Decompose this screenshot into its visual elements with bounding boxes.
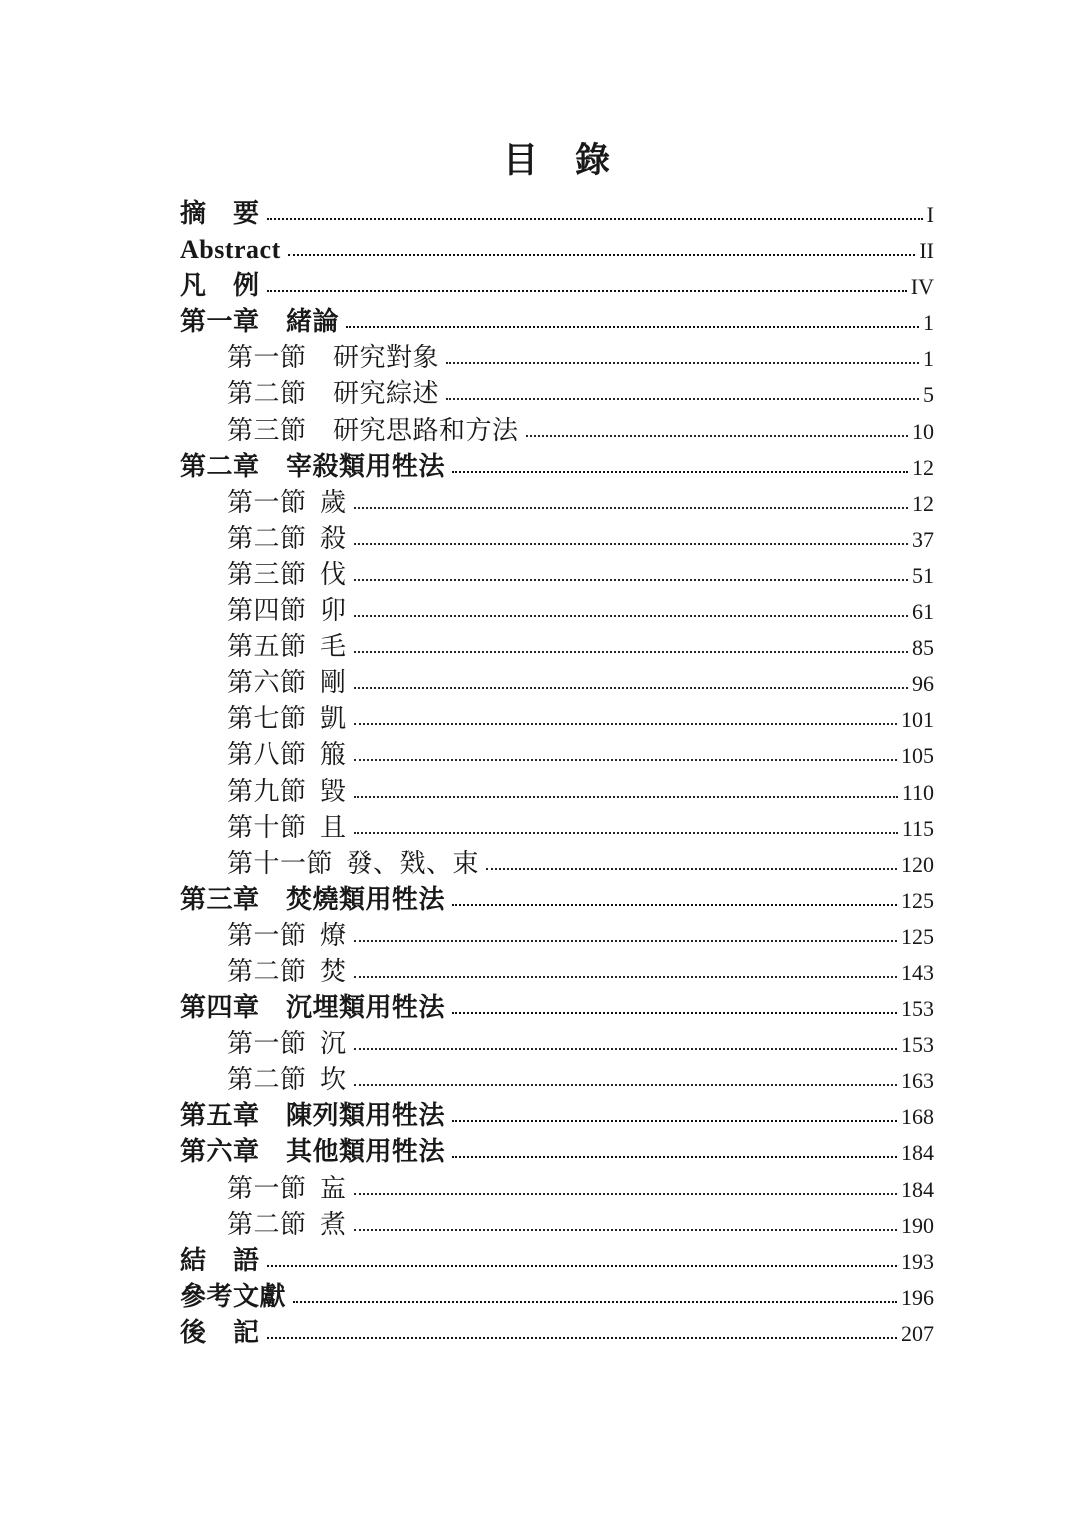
toc-entry-page: 125: [901, 919, 934, 955]
toc-entry-page: 196: [901, 1280, 934, 1316]
toc-entry-chapter[interactable]: 第六章 其他類用牲法184: [180, 1134, 934, 1170]
toc-entry-label: 第二節 煮: [227, 1207, 347, 1243]
toc-entry-label: 第五節 毛: [227, 629, 347, 665]
dot-leader: [452, 1120, 897, 1122]
toc-entry-page: IV: [911, 269, 934, 305]
toc-entry-chapter[interactable]: 結 語193: [180, 1243, 934, 1279]
dot-leader: [354, 796, 898, 798]
toc-entry-label: 第四節 卯: [227, 593, 347, 629]
toc-entry-label: 第十節 且: [227, 810, 347, 846]
toc-entry-page: 37: [912, 522, 934, 558]
dot-leader: [354, 1229, 897, 1231]
toc-entry-label: 參考文獻: [180, 1279, 286, 1315]
toc-entry-page: 96: [912, 666, 934, 702]
toc-entry-section[interactable]: 第一節 歲12: [180, 485, 934, 521]
dot-leader: [354, 1048, 897, 1050]
toc-entry-label: 摘 要: [180, 196, 260, 232]
toc-entry-label: 第二章 宰殺類用牲法: [180, 449, 445, 485]
dot-leader: [354, 651, 908, 653]
toc-entry-section[interactable]: 第十節 且115: [180, 810, 934, 846]
toc-entry-page: 110: [902, 775, 934, 811]
dot-leader: [452, 1156, 897, 1158]
toc-entry-chapter[interactable]: AbstractII: [180, 232, 934, 268]
toc-entry-label: 第二節 坎: [227, 1062, 347, 1098]
toc-entry-label: 第五章 陳列類用牲法: [180, 1098, 445, 1134]
toc-entry-chapter[interactable]: 第一章 緒論1: [180, 304, 934, 340]
toc-entry-label: 第七節 凱: [227, 701, 347, 737]
toc-list: 摘 要IAbstractII凡 例IV第一章 緒論1第一節 研究對象1第二節 研…: [180, 196, 934, 1351]
dot-leader: [288, 254, 916, 256]
dot-leader: [267, 1337, 897, 1339]
toc-entry-section[interactable]: 第九節 毀110: [180, 774, 934, 810]
toc-entry-page: 163: [901, 1063, 934, 1099]
dot-leader: [452, 471, 908, 473]
toc-entry-section[interactable]: 第一節 研究對象1: [180, 340, 934, 376]
toc-entry-label: 第一節 歲: [227, 485, 347, 521]
toc-entry-section[interactable]: 第七節 凱101: [180, 701, 934, 737]
document-page: 目 錄 摘 要IAbstractII凡 例IV第一章 緒論1第一節 研究對象1第…: [0, 0, 1080, 1527]
toc-entry-page: 61: [912, 594, 934, 630]
toc-entry-section[interactable]: 第十一節 發、戣、束120: [180, 846, 934, 882]
toc-entry-section[interactable]: 第二節 坎163: [180, 1062, 934, 1098]
toc-entry-label: 第二節 研究綜述: [227, 376, 439, 412]
dot-leader: [452, 904, 897, 906]
toc-entry-section[interactable]: 第五節 毛85: [180, 629, 934, 665]
toc-entry-section[interactable]: 第六節 剛96: [180, 665, 934, 701]
toc-entry-page: 10: [912, 414, 934, 450]
toc-entry-chapter[interactable]: 凡 例IV: [180, 268, 934, 304]
toc-entry-label: 第一節 衁: [227, 1171, 347, 1207]
toc-entry-label: 第二節 焚: [227, 954, 347, 990]
toc-entry-page: 193: [901, 1244, 934, 1280]
toc-entry-label: 第一節 燎: [227, 918, 347, 954]
toc-entry-page: 12: [912, 486, 934, 522]
toc-entry-section[interactable]: 第三節 研究思路和方法10: [180, 413, 934, 449]
page-title: 目 錄: [180, 140, 934, 182]
dot-leader: [354, 507, 908, 509]
toc-entry-label: 第一節 研究對象: [227, 340, 439, 376]
toc-entry-label: 第十一節 發、戣、束: [227, 846, 479, 882]
dot-leader: [446, 362, 919, 364]
toc-entry-page: 115: [902, 811, 934, 847]
toc-entry-chapter[interactable]: 第三章 焚燒類用牲法125: [180, 882, 934, 918]
toc-entry-label: 第三節 伐: [227, 557, 347, 593]
toc-entry-label: 第八節 箙: [227, 737, 347, 773]
dot-leader: [293, 1301, 897, 1303]
toc-entry-section[interactable]: 第八節 箙105: [180, 737, 934, 773]
dot-leader: [354, 687, 908, 689]
toc-entry-chapter[interactable]: 第四章 沉埋類用牲法153: [180, 990, 934, 1026]
dot-leader: [354, 976, 897, 978]
toc-entry-page: 184: [901, 1135, 934, 1171]
dot-leader: [267, 1265, 897, 1267]
toc-entry-chapter[interactable]: 後 記207: [180, 1315, 934, 1351]
toc-entry-label: 第一章 緒論: [180, 304, 339, 340]
dot-leader: [452, 1012, 897, 1014]
toc-entry-page: 143: [901, 955, 934, 991]
toc-entry-label: 第三章 焚燒類用牲法: [180, 882, 445, 918]
toc-entry-label: 第九節 毀: [227, 774, 347, 810]
dot-leader: [354, 1084, 897, 1086]
toc-entry-page: 153: [901, 991, 934, 1027]
dot-leader: [354, 1193, 897, 1195]
toc-entry-page: 184: [901, 1172, 934, 1208]
toc-entry-page: II: [919, 233, 934, 269]
toc-entry-page: 101: [901, 702, 934, 738]
dot-leader: [267, 290, 907, 292]
toc-entry-label: 第四章 沉埋類用牲法: [180, 990, 445, 1026]
toc-entry-label: 第六節 剛: [227, 665, 347, 701]
dot-leader: [354, 543, 908, 545]
toc-entry-chapter[interactable]: 摘 要I: [180, 196, 934, 232]
dot-leader: [446, 398, 919, 400]
toc-entry-page: 190: [901, 1208, 934, 1244]
toc-entry-label: 第三節 研究思路和方法: [227, 413, 519, 449]
toc-entry-page: 168: [901, 1099, 934, 1135]
toc-entry-page: 153: [901, 1027, 934, 1063]
dot-leader: [486, 868, 897, 870]
toc-entry-section[interactable]: 第二節 煮190: [180, 1207, 934, 1243]
toc-entry-page: 51: [912, 558, 934, 594]
toc-entry-section[interactable]: 第一節 衁184: [180, 1171, 934, 1207]
dot-leader: [346, 326, 919, 328]
toc-entry-label: 後 記: [180, 1315, 260, 1351]
toc-entry-label: 第六章 其他類用牲法: [180, 1134, 445, 1170]
dot-leader: [354, 759, 897, 761]
dot-leader: [526, 435, 908, 437]
toc-entry-page: 207: [901, 1316, 934, 1352]
toc-entry-label: 結 語: [180, 1243, 260, 1279]
toc-entry-label: 凡 例: [180, 268, 260, 304]
toc-entry-page: 1: [923, 305, 934, 341]
toc-entry-page: 85: [912, 630, 934, 666]
dot-leader: [354, 579, 908, 581]
toc-entry-page: 12: [912, 450, 934, 486]
dot-leader: [354, 615, 908, 617]
toc-entry-section[interactable]: 第二節 焚143: [180, 954, 934, 990]
toc-entry-chapter[interactable]: 第五章 陳列類用牲法168: [180, 1098, 934, 1134]
toc-entry-section[interactable]: 第二節 研究綜述5: [180, 376, 934, 412]
dot-leader: [354, 832, 898, 834]
toc-entry-chapter[interactable]: 參考文獻196: [180, 1279, 934, 1315]
toc-entry-section[interactable]: 第一節 燎125: [180, 918, 934, 954]
toc-entry-label: Abstract: [180, 232, 281, 268]
toc-entry-section[interactable]: 第一節 沉153: [180, 1026, 934, 1062]
toc-entry-chapter[interactable]: 第二章 宰殺類用牲法12: [180, 449, 934, 485]
toc-entry-page: 1: [923, 341, 934, 377]
dot-leader: [354, 940, 897, 942]
toc-entry-section[interactable]: 第三節 伐51: [180, 557, 934, 593]
toc-entry-page: I: [927, 197, 934, 233]
toc-entry-page: 105: [901, 738, 934, 774]
toc-entry-page: 125: [901, 883, 934, 919]
toc-entry-page: 120: [901, 847, 934, 883]
dot-leader: [267, 218, 923, 220]
toc-entry-label: 第一節 沉: [227, 1026, 347, 1062]
toc-entry-section[interactable]: 第四節 卯61: [180, 593, 934, 629]
toc-entry-page: 5: [923, 377, 934, 413]
dot-leader: [354, 723, 897, 725]
toc-entry-section[interactable]: 第二節 殺37: [180, 521, 934, 557]
toc-entry-label: 第二節 殺: [227, 521, 347, 557]
